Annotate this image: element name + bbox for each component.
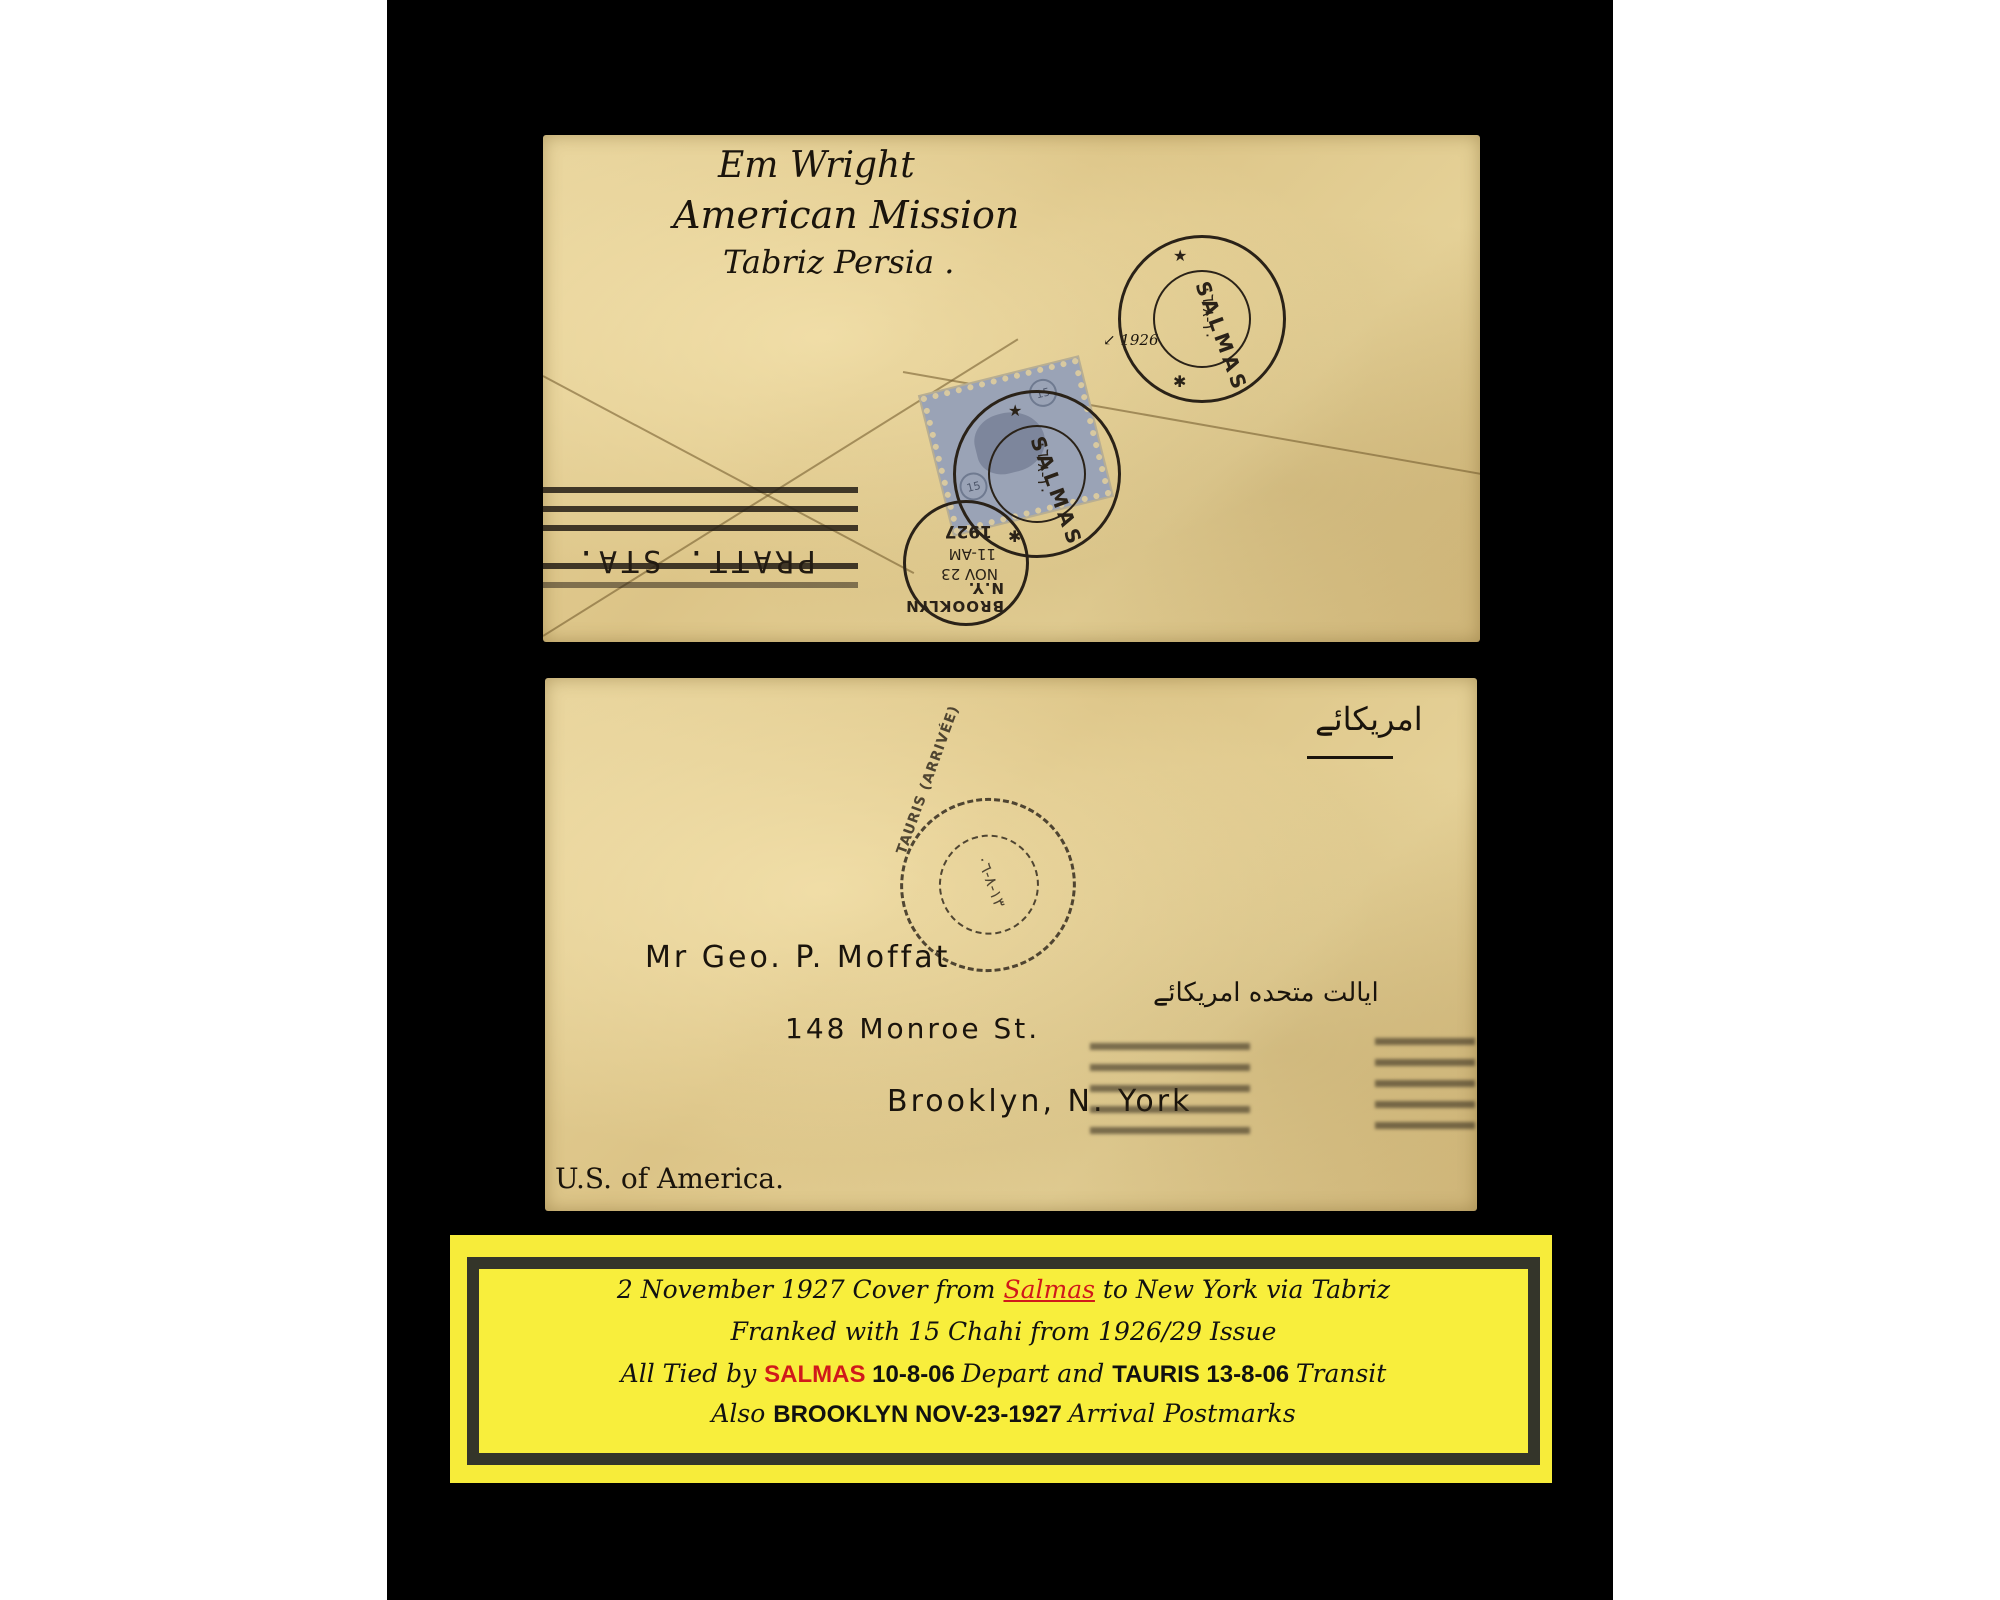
caption-line-1: 2 November 1927 Cover from Salmas to New… xyxy=(479,1275,1528,1304)
persian-country: ایالت متحده امریکائے xyxy=(1153,978,1379,1008)
brooklyn-postmark-label: BROOKLYN N.Y. xyxy=(905,579,1004,615)
caption-text: Also xyxy=(711,1399,773,1428)
cancel-smudge xyxy=(1375,1038,1475,1143)
cancel-smudge xyxy=(1090,1043,1250,1148)
salmas-postmark: SALMAS ١٠-٨-٠٦ ★ ✱ xyxy=(953,390,1121,558)
caption-text: Transit xyxy=(1296,1359,1387,1388)
persian-header: امریکائے xyxy=(1315,700,1423,738)
caption-line-4: Also BROOKLYN NOV-23-1927 Arrival Postma… xyxy=(479,1399,1528,1429)
caption-text: Arrival Postmarks xyxy=(1068,1399,1295,1428)
caption-tauris: TAURIS 13-8-06 xyxy=(1112,1361,1296,1388)
envelope-front: امریکائے TAURIS (ARRIVÉE) ١٣-٨-٠٦ Mr Geo… xyxy=(545,678,1477,1211)
addressee-country: U.S. of America. xyxy=(555,1162,784,1195)
brooklyn-postmark-date: NOV 23 xyxy=(941,565,998,583)
star-icon: ★ xyxy=(1008,401,1022,420)
tauris-postmark-label: TAURIS (ARRIVÉE) xyxy=(894,703,963,857)
caption-salmas-highlight: SALMAS xyxy=(764,1361,865,1388)
machine-cancel-text: PRATT. STA. xyxy=(573,543,816,578)
salmas-postmark-date: ١٠-٨-٠٦ xyxy=(1199,285,1218,340)
star-icon: ✱ xyxy=(1008,527,1021,546)
salmas-postmark: SALMAS ١٠-٨-٠٦ ★ ✱ xyxy=(1118,235,1286,403)
sender-organization: American Mission xyxy=(673,193,1019,237)
caption-line-3: All Tied by SALMAS 10-8-06 Depart and TA… xyxy=(479,1359,1528,1389)
star-icon: ★ xyxy=(1173,246,1187,265)
caption-text: All Tied by xyxy=(621,1359,764,1388)
caption-date: 10-8-06 xyxy=(865,1361,961,1388)
caption-origin-highlight: Salmas xyxy=(1003,1275,1094,1304)
caption-text: to New York via Tabriz xyxy=(1095,1275,1390,1304)
caption-frame: 2 November 1927 Cover from Salmas to New… xyxy=(467,1257,1540,1465)
caption-text: 2 November 1927 Cover from xyxy=(617,1275,1004,1304)
caption-brooklyn: BROOKLYN NOV-23-1927 xyxy=(773,1401,1068,1428)
star-icon: ✱ xyxy=(1173,372,1186,391)
sender-name: Em Wright xyxy=(718,145,915,186)
header-underline xyxy=(1307,756,1393,759)
addressee-name: Mr Geo. P. Moffat xyxy=(645,940,950,975)
sender-city: Tabriz Persia . xyxy=(723,243,954,281)
addressee-street: 148 Monroe St. xyxy=(785,1012,1040,1045)
salmas-postmark-date: ١٠-٨-٠٦ xyxy=(1034,440,1053,495)
brooklyn-postmark-time: 11-AM xyxy=(949,545,996,563)
caption-line-2: Franked with 15 Chahi from 1926/29 Issue xyxy=(479,1317,1528,1346)
caption-text: Depart and xyxy=(962,1359,1113,1388)
envelope-back: Em Wright American Mission Tabriz Persia… xyxy=(543,135,1480,642)
